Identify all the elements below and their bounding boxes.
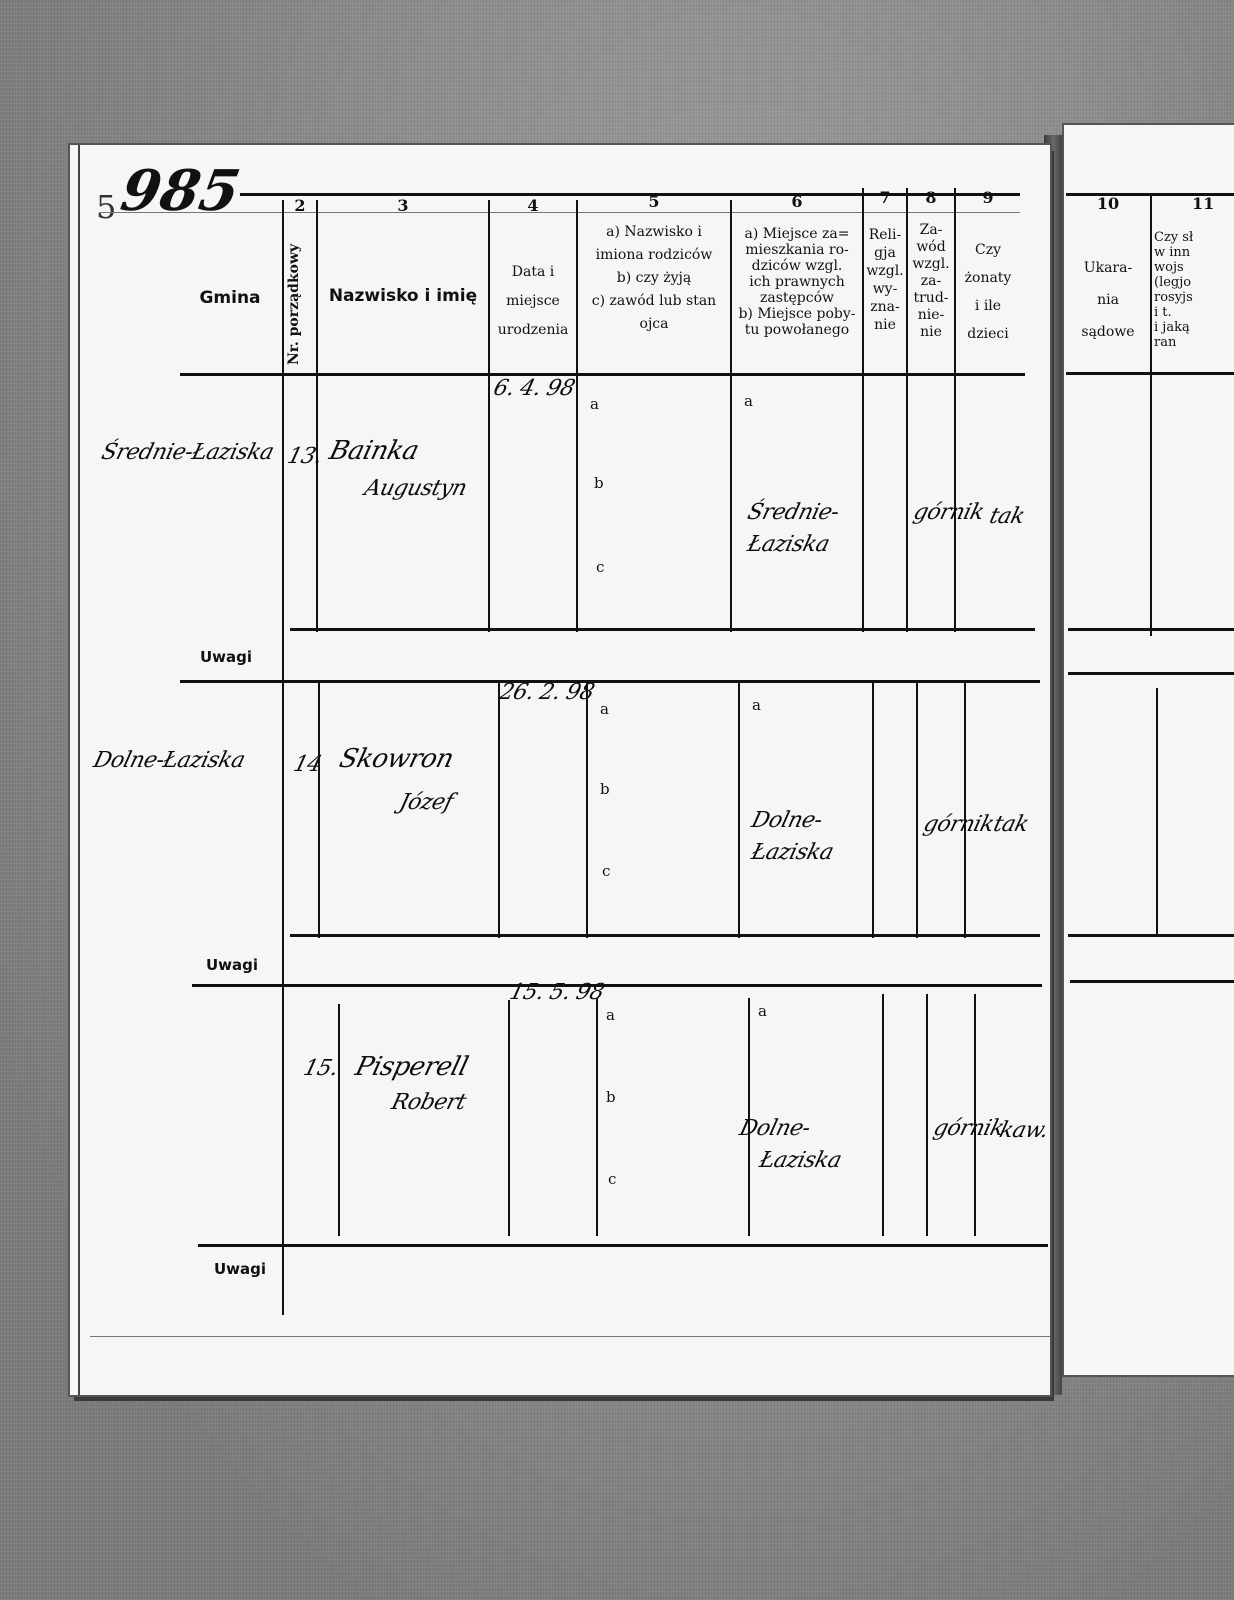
column-number-8: 8	[908, 188, 954, 207]
entry2-divider-10	[1156, 688, 1158, 936]
entry3-divider-2	[338, 1004, 340, 1236]
column-number-9: 9	[956, 188, 1020, 207]
header-col5: a) Nazwisko i imiona rodziców b) czy żyj…	[578, 224, 730, 333]
entry2-given-name: Józef	[397, 790, 456, 815]
entry1-bottom-rule-right	[1068, 628, 1234, 631]
entry2-residence-line1: Dolne-	[749, 808, 825, 833]
header-data-urodzenia: Data i miejsce urodzenia	[490, 258, 576, 345]
entry1-given-name: Augustyn	[362, 476, 469, 501]
entry3-bottom-rule	[198, 1244, 1048, 1247]
entry1-birth-date: 6. 4. 98	[491, 376, 577, 401]
entry3-occupation: górnik	[931, 1116, 1007, 1141]
entry3-residence-line2: Łaziska	[757, 1148, 844, 1173]
entry2-sub-c: c	[602, 862, 610, 880]
page-bottom-rule	[90, 1336, 1050, 1337]
header-col10-ukarania: Ukara- nia sądowe	[1066, 252, 1150, 348]
entry1-uwagi-rule	[180, 680, 1040, 683]
entry2-divider-5	[738, 682, 740, 938]
entry2-divider-6	[872, 682, 874, 938]
header-col6: a) Miejsce za= mieszkania ro- dziców wzg…	[732, 226, 862, 338]
entry2-uwagi-label: Uwagi	[206, 956, 258, 974]
column-divider-7	[906, 188, 908, 632]
entry3-uwagi-label: Uwagi	[214, 1260, 266, 1278]
entry1-nr: 13.	[285, 444, 325, 469]
entry2-bottom-rule	[290, 934, 1040, 937]
header-col9-zonaty: Czy żonaty i ile dzieci	[956, 236, 1020, 348]
entry1-uwagi-label: Uwagi	[200, 648, 252, 666]
entry1-residence-line1: Średnie-	[745, 500, 842, 525]
entry3-birth-date: 15. 5. 98	[507, 980, 607, 1005]
entry1-col6-sub-a: a	[744, 392, 753, 410]
entry1-sub-c: c	[596, 558, 604, 576]
entry2-birth-date: 26. 2. 98	[497, 680, 597, 705]
column-divider-10	[1150, 196, 1152, 636]
entry3-sub-a: a	[606, 1006, 615, 1024]
column-number-3: 3	[320, 196, 486, 215]
header-gmina: Gmina	[180, 290, 280, 307]
entry2-divider-2	[318, 682, 320, 938]
entry2-residence-line2: Łaziska	[749, 840, 836, 865]
entry3-nr: 15.	[301, 1056, 341, 1081]
column-number-10: 10	[1066, 194, 1150, 213]
entry2-divider-8	[964, 682, 966, 938]
column-number-7: 7	[864, 188, 906, 207]
entry3-divider-3	[508, 1000, 510, 1236]
entry2-sub-a: a	[600, 700, 609, 718]
entry1-gmina: Średnie-Łaziska	[99, 440, 276, 465]
entry3-surname: Pisperell	[352, 1052, 471, 1082]
column-divider-3	[488, 200, 490, 632]
column-number-2: 2	[286, 196, 314, 215]
entry3-sub-b: b	[606, 1088, 616, 1106]
entry1-surname: Bainka	[326, 436, 421, 466]
entry3-divider-4	[596, 998, 598, 1236]
column-divider-8	[954, 188, 956, 632]
entry2-divider-4	[586, 682, 588, 938]
document-number-prefix: 5	[96, 188, 116, 226]
entry1-married: tak	[987, 504, 1027, 529]
column-divider-1	[282, 200, 284, 1315]
document-number: 985	[116, 158, 245, 224]
entry1-occupation: górnik	[911, 500, 987, 525]
entry3-residence-line1: Dolne-	[737, 1116, 813, 1141]
entry2-divider-7	[916, 682, 918, 938]
entry3-divider-8	[974, 994, 976, 1236]
entry3-sub-c: c	[608, 1170, 616, 1188]
header-col11: Czy sł w inn wojs (legjo rosyjs i t. i j…	[1154, 230, 1234, 350]
entry3-col6-sub-a: a	[758, 1002, 767, 1020]
entry2-surname: Skowron	[336, 744, 456, 774]
entry3-given-name: Robert	[389, 1090, 469, 1115]
entry1-residence-line2: Łaziska	[745, 532, 832, 557]
header-nr-porzadkowy: Nr. porządkowy	[286, 215, 302, 365]
header-bottom-rule	[180, 373, 1025, 376]
column-divider-5	[730, 200, 732, 632]
header-col8-zawod: Za- wód wzgl. za- trud- nie- nie	[908, 222, 954, 341]
header-col7-religja: Reli- gja wzgl. wy- zna- nie	[864, 226, 906, 334]
entry1-uwagi-rule-right	[1068, 672, 1234, 675]
column-number-11: 11	[1152, 194, 1234, 213]
entry1-sub-a: a	[590, 395, 599, 413]
entry2-married: tak	[991, 812, 1031, 837]
column-divider-6	[862, 188, 864, 632]
column-number-4: 4	[490, 196, 576, 215]
entry1-bottom-rule	[290, 628, 1035, 631]
entry3-married: kaw.	[997, 1118, 1051, 1143]
entry2-col6-sub-a: a	[752, 696, 761, 714]
entry3-divider-6	[882, 994, 884, 1236]
column-divider-2	[316, 200, 318, 632]
entry2-gmina: Dolne-Łaziska	[91, 748, 247, 773]
column-number-6: 6	[732, 192, 862, 211]
column-number-5: 5	[578, 192, 730, 211]
entry2-divider-3	[498, 682, 500, 938]
entry2-occupation: górnik	[921, 812, 997, 837]
column-divider-4	[576, 200, 578, 632]
entry2-bottom-rule-right	[1068, 934, 1234, 937]
header-nazwisko-imie: Nazwisko i imię	[320, 288, 486, 305]
entry2-uwagi-rule-right	[1070, 980, 1234, 983]
entry3-divider-7	[926, 994, 928, 1236]
entry1-sub-b: b	[594, 474, 604, 492]
entry2-uwagi-rule	[192, 984, 1042, 987]
entry2-sub-b: b	[600, 780, 610, 798]
